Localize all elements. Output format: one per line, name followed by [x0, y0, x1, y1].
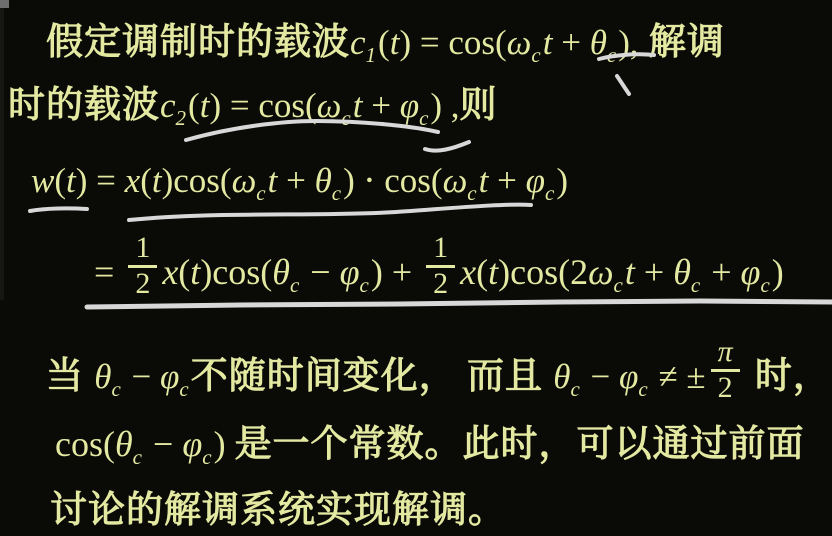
text-segment-mi: c	[160, 86, 176, 125]
text-segment-mi: φ	[741, 252, 761, 292]
text-segment-mr: +	[702, 252, 740, 292]
formula-line-2: 时的载波c2(t) = cos(ωct + φc) ,则	[8, 82, 498, 137]
text-segment-mr: )cos(	[162, 161, 232, 200]
text-segment-mr: +	[277, 161, 314, 200]
formula-line-7: 讨论的解调系统实现解调。	[50, 488, 506, 536]
text-segment-mi: t	[200, 86, 210, 125]
fraction: 12	[128, 233, 157, 300]
text-segment-mi: ω	[588, 252, 613, 292]
text-segment-sub: 1	[366, 43, 377, 67]
text-segment-mr: ) = cos(	[399, 23, 506, 62]
text-segment-sub: c	[531, 43, 540, 67]
text-segment-mr: ) ⋅ cos(	[343, 161, 442, 200]
slide-canvas: 假定调制时的载波c1(t) = cos(ωct + θc), 解调 时的载波c2…	[0, 0, 832, 536]
text-segment-mr: )	[772, 252, 784, 292]
text-segment-sub: c	[760, 273, 769, 297]
text-segment-cn: 不随时间变化， 而且	[191, 356, 554, 397]
text-segment-mi: θ	[115, 424, 133, 464]
text-segment-sub: c	[607, 43, 616, 67]
text-segment-sub: c	[133, 445, 142, 469]
text-segment-mr: (	[188, 86, 200, 125]
text-segment-mi: θ	[315, 161, 332, 200]
text-segment-mi: t	[152, 161, 162, 200]
text-segment-sub: 2	[176, 106, 187, 130]
formula-line-1: 假定调制时的载波c1(t) = cos(ωct + θc), 解调	[46, 19, 725, 74]
text-segment-cn: 解调	[639, 22, 725, 63]
text-segment-mi: x	[162, 252, 178, 292]
text-segment-mr: cos(	[55, 424, 115, 464]
fraction-numerator: 1	[128, 233, 157, 268]
text-segment-sub: c	[202, 445, 211, 469]
text-segment-mr: )	[214, 424, 235, 464]
text-segment-sub: c	[570, 377, 579, 401]
video-edge-artifact	[0, 0, 4, 300]
text-segment-mi: φ	[340, 252, 360, 292]
text-segment-mr: +	[635, 252, 673, 292]
text-segment-mr: +	[488, 161, 525, 200]
text-segment-mi: t	[488, 252, 498, 292]
text-segment-mi: ω	[317, 86, 342, 125]
tick-mark-annotation-stroke	[617, 76, 629, 94]
text-segment-mi: θ	[553, 357, 570, 396]
text-segment-mi: x	[460, 252, 476, 292]
text-segment-mi: ω	[507, 23, 532, 62]
text-segment-mi: c	[350, 23, 366, 62]
video-corner-artifact	[0, 0, 9, 8]
text-segment-mi: w	[31, 161, 54, 200]
text-segment-mr: )	[556, 161, 568, 200]
text-segment-mi: ω	[443, 161, 468, 200]
formula-line-5: 当 θc − φc不随时间变化， 而且 θc − φc ≠ ±π2 时，	[46, 337, 831, 409]
text-segment-mi: x	[125, 161, 141, 200]
text-segment-sub: c	[179, 377, 188, 401]
text-segment-sub: c	[111, 377, 120, 401]
text-segment-mr: ≠ ±	[650, 357, 706, 396]
text-segment-cn: 讨论的解调系统实现解调。	[50, 490, 506, 531]
text-segment-mi: t	[353, 86, 363, 125]
text-segment-mr: ),	[618, 23, 638, 62]
text-segment-mr: (	[378, 23, 390, 62]
text-segment-mi: ω	[232, 161, 257, 200]
text-segment-mr: −	[301, 252, 339, 292]
text-segment-cn: 是一个常数。此时，可以通过前面	[235, 424, 805, 465]
text-segment-mi: t	[625, 252, 635, 292]
text-segment-mr: ) = cos(	[209, 86, 316, 125]
text-segment-sub: c	[467, 181, 476, 205]
text-segment-sub: c	[545, 181, 554, 205]
text-segment-mr: ) =	[76, 161, 125, 200]
text-segment-mi: φ	[619, 357, 638, 396]
text-segment-mi: φ	[526, 161, 545, 200]
text-segment-mr: +	[552, 23, 589, 62]
text-segment-mr: −	[123, 357, 160, 396]
text-segment-cn: 当	[46, 356, 94, 397]
text-segment-cn: 时的载波	[8, 85, 160, 126]
fraction-denominator: 2	[711, 372, 740, 404]
text-segment-mi: t	[268, 161, 278, 200]
formula-line-4: = 12x(t)cos(θc − φc) + 12x(t)cos(2ωct + …	[94, 233, 784, 305]
text-segment-mr: ) ,	[430, 86, 459, 125]
text-segment-mi: t	[190, 252, 200, 292]
text-segment-sub: c	[341, 106, 350, 130]
text-segment-mi: t	[66, 161, 76, 200]
text-segment-mi: φ	[400, 86, 419, 125]
text-segment-cn: 假定调制时的载波	[46, 22, 350, 63]
text-segment-sub: c	[290, 273, 299, 297]
text-segment-mi: t	[543, 23, 553, 62]
text-segment-mr: (	[178, 252, 190, 292]
fraction-denominator: 2	[128, 268, 157, 300]
text-segment-mi: φ	[182, 424, 202, 464]
text-segment-mr: −	[582, 357, 619, 396]
text-segment-cn: 时，	[745, 356, 831, 397]
text-segment-cn: 则	[460, 85, 498, 126]
text-segment-mr: (	[54, 161, 66, 200]
text-segment-sub: c	[691, 273, 700, 297]
text-segment-mr: )cos(	[200, 252, 272, 292]
text-segment-mi: θ	[590, 23, 607, 62]
fraction: 12	[426, 233, 455, 300]
text-segment-sub: c	[360, 273, 369, 297]
text-segment-mi: θ	[94, 357, 111, 396]
text-segment-mr: +	[362, 86, 399, 125]
fraction-denominator: 2	[426, 268, 455, 300]
fraction-numerator: 1	[426, 233, 455, 268]
text-segment-sub: c	[638, 377, 647, 401]
text-segment-sub: c	[256, 181, 265, 205]
text-segment-mi: t	[479, 161, 489, 200]
text-segment-sub: c	[419, 106, 428, 130]
fraction: π2	[711, 337, 740, 404]
formula-line-3: w(t) = x(t)cos(ωct + θc) ⋅ cos(ωct + φc)	[31, 157, 568, 212]
text-segment-sub: c	[614, 273, 623, 297]
text-segment-mi: θ	[673, 252, 691, 292]
text-segment-mr: ) +	[371, 252, 421, 292]
text-segment-mi: θ	[272, 252, 290, 292]
text-segment-mr: )cos(2	[498, 252, 588, 292]
text-segment-mi: φ	[160, 357, 179, 396]
text-segment-mr: =	[94, 252, 123, 292]
text-segment-sub: c	[332, 181, 341, 205]
text-segment-mr: (	[476, 252, 488, 292]
fraction-numerator: π	[711, 337, 740, 372]
text-segment-mi: t	[390, 23, 400, 62]
text-segment-mr: (	[140, 161, 152, 200]
formula-line-6: cos(θc − φc) 是一个常数。此时，可以通过前面	[55, 421, 805, 475]
hook-under-c2-annotation-stroke	[425, 142, 469, 151]
text-segment-mr: −	[144, 424, 182, 464]
